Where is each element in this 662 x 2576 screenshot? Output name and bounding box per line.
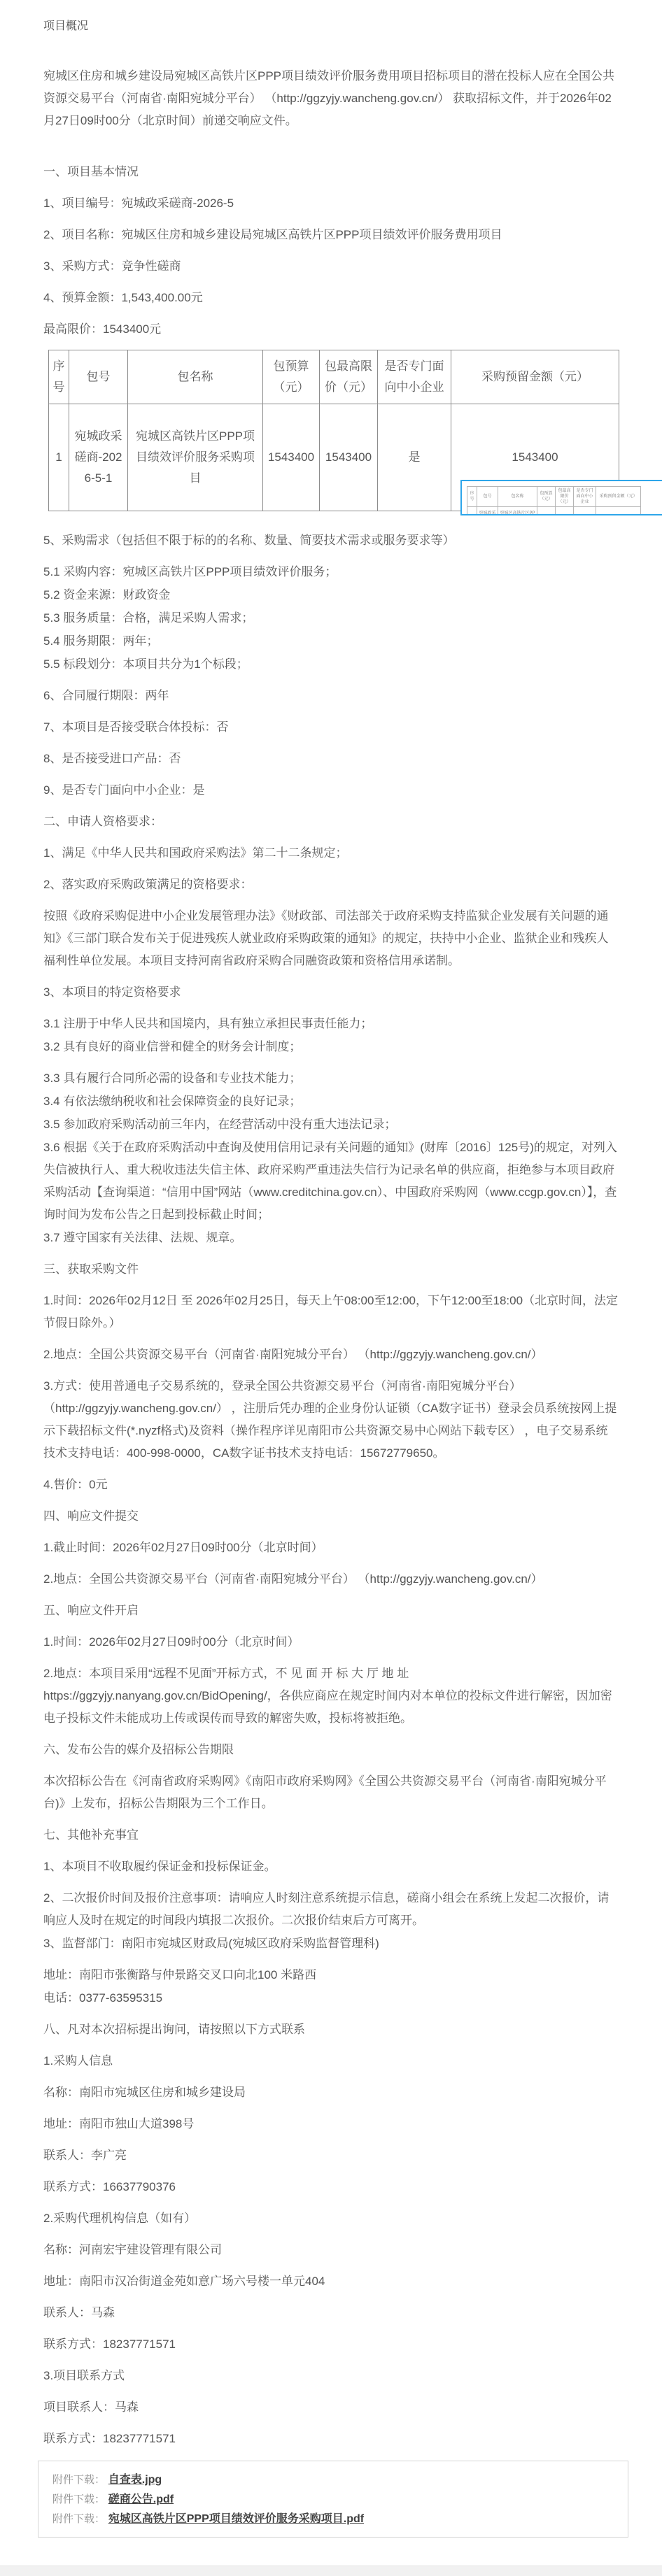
paragraph: 3.4 有依法缴纳税收和社会保障资金的良好记录； xyxy=(43,1090,619,1113)
paragraph: 3.5 参加政府采购活动前三年内，在经营活动中没有重大违法记录； xyxy=(43,1113,619,1136)
table-cell: 是 xyxy=(378,404,451,511)
table-header-cell: 采购预留金额（元） xyxy=(451,350,619,404)
paragraph: 五、响应文件开启 xyxy=(43,1600,619,1622)
paragraph: 1、项目编号：宛城政采磋商-2026-5 xyxy=(43,192,619,215)
paragraph: 4.售价：0元 xyxy=(43,1474,619,1496)
paragraph: 2.地点：本项目采用“远程不见面”开标方式，不 见 面 开 标 大 厅 地 址 … xyxy=(43,1663,619,1730)
paragraph: 联系人：李广亮 xyxy=(43,2144,619,2167)
document-body: 项目概况 宛城区住房和城乡建设局宛城区高铁片区PPP项目绩效评价服务费用项目招标… xyxy=(0,0,662,2538)
paragraph: 最高限价：1543400元 xyxy=(43,318,619,341)
table-header-cell: 采购预留金额（元） xyxy=(596,487,641,507)
paragraph: 宛城区住房和城乡建设局宛城区高铁片区PPP项目绩效评价服务费用项目招标项目的潜在… xyxy=(43,65,619,132)
paragraph: 地址：南阳市独山大道398号 xyxy=(43,2113,619,2135)
preview-data-row: 1 宛城政采磋商-2026-5-1 宛城区高铁片区PPP项目绩效评价服务采购项目… xyxy=(467,507,641,516)
attachment-row: 附件下载： 磋商公告.pdf xyxy=(52,2489,628,2509)
paragraphs-after-table: 5、采购需求（包括但不限于标的的名称、数量、简要技术需求或服务要求等）5.1 采… xyxy=(43,529,619,2450)
preview-header-row: 序号 包号 包名称 包预算（元） 包最高限价（元） 是否专门面向中小企业 采购预… xyxy=(467,487,641,507)
table-cell: 1 xyxy=(49,404,69,511)
footer-bar xyxy=(0,2566,662,2576)
paragraph: 1、满足《中华人民共和国政府采购法》第二十二条规定； xyxy=(43,842,619,864)
paragraph: 1、本项目不收取履约保证金和投标保证金。 xyxy=(43,1856,619,1878)
paragraph: 联系人：马森 xyxy=(43,2302,619,2324)
attachment-label: 附件下载： xyxy=(52,2513,105,2525)
paragraph: 1.时间：2026年02月27日09时00分（北京时间） xyxy=(43,1631,619,1653)
paragraph: 六、发布公告的媒介及招标公告期限 xyxy=(43,1739,619,1761)
attachment-link[interactable]: 自查表.jpg xyxy=(108,2474,162,2486)
paragraph: 1.采购人信息 xyxy=(43,2050,619,2072)
paragraph: 3.项目联系方式 xyxy=(43,2365,619,2387)
paragraph: 3.2 具有良好的商业信誉和健全的财务会计制度； xyxy=(43,1036,619,1058)
table-cell: 宛城政采磋商-2026-5-1 xyxy=(69,404,128,511)
table-preview-mini-table: 序号 包号 包名称 包预算（元） 包最高限价（元） 是否专门面向中小企业 采购预… xyxy=(467,486,641,515)
table-header-cell: 序号 xyxy=(467,487,477,507)
paragraph: 七、其他补充事宜 xyxy=(43,1824,619,1846)
paragraph: 5.3 服务质量：合格，满足采购人需求； xyxy=(43,607,619,629)
table-cell: 1 xyxy=(467,507,477,516)
attachment-row: 附件下载： 宛城区高铁片区PPP项目绩效评价服务采购项目.pdf xyxy=(52,2509,628,2528)
table-header-cell: 包号 xyxy=(477,487,498,507)
lot-table-wrap: 序号 包号 包名称 包预算（元） 包最高限价（元） 是否专门面向中小企业 采购预… xyxy=(48,350,619,511)
paragraph: 3.3 具有履行合同所必需的设备和专业技术能力； xyxy=(43,1067,619,1090)
paragraph: 6、合同履行期限：两年 xyxy=(43,685,619,707)
paragraph: 名称：南阳市宛城区住房和城乡建设局 xyxy=(43,2082,619,2104)
paragraph: 2.地点：全国公共资源交易平台（河南省·南阳宛城分平台） （http://ggz… xyxy=(43,1568,619,1591)
paragraph: 7、本项目是否接受联合体投标：否 xyxy=(43,716,619,739)
table-header-cell: 序号 xyxy=(49,350,69,404)
attachment-link[interactable]: 宛城区高铁片区PPP项目绩效评价服务采购项目.pdf xyxy=(108,2513,364,2525)
paragraph: 3.1 注册于中华人民共和国境内，具有独立承担民事责任能力； xyxy=(43,1013,619,1035)
table-cell: 1543400 xyxy=(320,404,378,511)
attachment-link[interactable]: 磋商公告.pdf xyxy=(108,2493,174,2505)
table-header-cell: 是否专门面向中小企业 xyxy=(378,350,451,404)
paragraph: 8、是否接受进口产品：否 xyxy=(43,748,619,770)
paragraph: 四、响应文件提交 xyxy=(43,1505,619,1528)
attachment-label: 附件下载： xyxy=(52,2474,105,2486)
paragraph: 二、申请人资格要求： xyxy=(43,811,619,833)
paragraph: 2.采购代理机构信息（如有） xyxy=(43,2207,619,2230)
attachment-label: 附件下载： xyxy=(52,2493,105,2505)
paragraph: 5.2 资金来源：财政资金 xyxy=(43,584,619,606)
table-header-cell: 包预算（元） xyxy=(263,350,320,404)
lot-table-header-row: 序号 包号 包名称 包预算（元） 包最高限价（元） 是否专门面向中小企业 采购预… xyxy=(49,350,619,404)
paragraph: 2、二次报价时间及报价注意事项：请响应人时刻注意系统提示信息，磋商小组会在系统上… xyxy=(43,1887,619,1932)
table-cell: 1543400 xyxy=(556,507,574,516)
paragraph: 3、采购方式：竞争性磋商 xyxy=(43,255,619,278)
paragraphs-before-table: 宛城区住房和城乡建设局宛城区高铁片区PPP项目绩效评价服务费用项目招标项目的潜在… xyxy=(43,65,619,341)
paragraph: 地址：南阳市张衡路与仲景路交叉口向北100 米路西 xyxy=(43,1964,619,1986)
table-cell: 1543400 xyxy=(596,507,641,516)
procurement-notice-page: 项目概况 宛城区住房和城乡建设局宛城区高铁片区PPP项目绩效评价服务费用项目招标… xyxy=(0,0,662,2576)
paragraph: 按照《政府采购促进中小企业发展管理办法》《财政部、司法部关于政府采购支持监狱企业… xyxy=(43,905,619,972)
table-header-cell: 包号 xyxy=(69,350,128,404)
paragraph: 3.方式：使用普通电子交易系统的，登录全国公共资源交易平台（河南省·南阳宛城分平… xyxy=(43,1375,619,1465)
paragraph: 3、本项目的特定资格要求 xyxy=(43,981,619,1004)
paragraph: 联系方式：18237771571 xyxy=(43,2333,619,2356)
table-header-cell: 包名称 xyxy=(128,350,263,404)
paragraph: 3.7 遵守国家有关法律、法规、规章。 xyxy=(43,1227,619,1249)
paragraph: 1.截止时间：2026年02月27日09时00分（北京时间） xyxy=(43,1537,619,1559)
paragraph: 5.1 采购内容：宛城区高铁片区PPP项目绩效评价服务； xyxy=(43,561,619,583)
table-header-cell: 包最高限价（元） xyxy=(556,487,574,507)
paragraph: 名称：河南宏宇建设管理有限公司 xyxy=(43,2239,619,2261)
paragraph: 5.4 服务期限：两年； xyxy=(43,630,619,653)
paragraph: 本次招标公告在《河南省政府采购网》《南阳市政府采购网》《全国公共资源交易平台（河… xyxy=(43,1770,619,1815)
paragraph: 3、监督部门：南阳市宛城区财政局(宛城区政府采购监督管理科) xyxy=(43,1933,619,1955)
paragraph: 2、落实政府采购政策满足的资格要求： xyxy=(43,874,619,896)
table-cell: 1543400 xyxy=(537,507,556,516)
table-cell: 1543400 xyxy=(263,404,320,511)
table-cell: 宛城区高铁片区PPP项目绩效评价服务采购项目 xyxy=(498,507,537,516)
paragraph: 联系方式：16637790376 xyxy=(43,2176,619,2198)
table-header-cell: 包名称 xyxy=(498,487,537,507)
paragraph: 5、采购需求（包括但不限于标的的名称、数量、简要技术需求或服务要求等） xyxy=(43,529,619,552)
paragraph: 地址：南阳市汉冶街道金苑如意广场六号楼一单元404 xyxy=(43,2270,619,2293)
table-header-cell: 包最高限价（元） xyxy=(320,350,378,404)
paragraph: 三、获取采购文件 xyxy=(43,1258,619,1281)
paragraph: 项目联系人：马森 xyxy=(43,2396,619,2419)
table-cell: 宛城区高铁片区PPP项目绩效评价服务采购项目 xyxy=(128,404,263,511)
paragraph: 3.6 根据《关于在政府采购活动中查询及使用信用记录有关问题的通知》(财库〔20… xyxy=(43,1137,619,1226)
paragraph: 八、凡对本次招标提出询问，请按照以下方式联系 xyxy=(43,2019,619,2041)
paragraph: 9、是否专门面向中小企业：是 xyxy=(43,779,619,802)
table-cell: 是 xyxy=(574,507,596,516)
page-title: 项目概况 xyxy=(43,15,619,38)
paragraph: 2.地点：全国公共资源交易平台（河南省·南阳宛城分平台） （http://ggz… xyxy=(43,1344,619,1366)
table-cell: 宛城政采磋商-2026-5-1 xyxy=(477,507,498,516)
paragraph: 联系方式：18237771571 xyxy=(43,2428,619,2450)
table-header-cell: 包预算（元） xyxy=(537,487,556,507)
paragraph: 一、项目基本情况 xyxy=(43,161,619,183)
table-header-cell: 是否专门面向中小企业 xyxy=(574,487,596,507)
table-preview-popup: 序号 包号 包名称 包预算（元） 包最高限价（元） 是否专门面向中小企业 采购预… xyxy=(460,480,662,515)
attachment-row: 附件下载： 自查表.jpg xyxy=(52,2470,628,2489)
paragraph: 4、预算金额：1,543,400.00元 xyxy=(43,287,619,309)
attachments-box: 附件下载： 自查表.jpg 附件下载： 磋商公告.pdf 附件下载： 宛城区高铁… xyxy=(38,2461,628,2538)
paragraph: 1.时间：2026年02月12日 至 2026年02月25日，每天上午08:00… xyxy=(43,1290,619,1335)
paragraph: 电话：0377-63595315 xyxy=(43,1987,619,2009)
paragraph: 5.5 标段划分：本项目共分为1个标段； xyxy=(43,653,619,676)
paragraph: 2、项目名称：宛城区住房和城乡建设局宛城区高铁片区PPP项目绩效评价服务费用项目 xyxy=(43,224,619,246)
